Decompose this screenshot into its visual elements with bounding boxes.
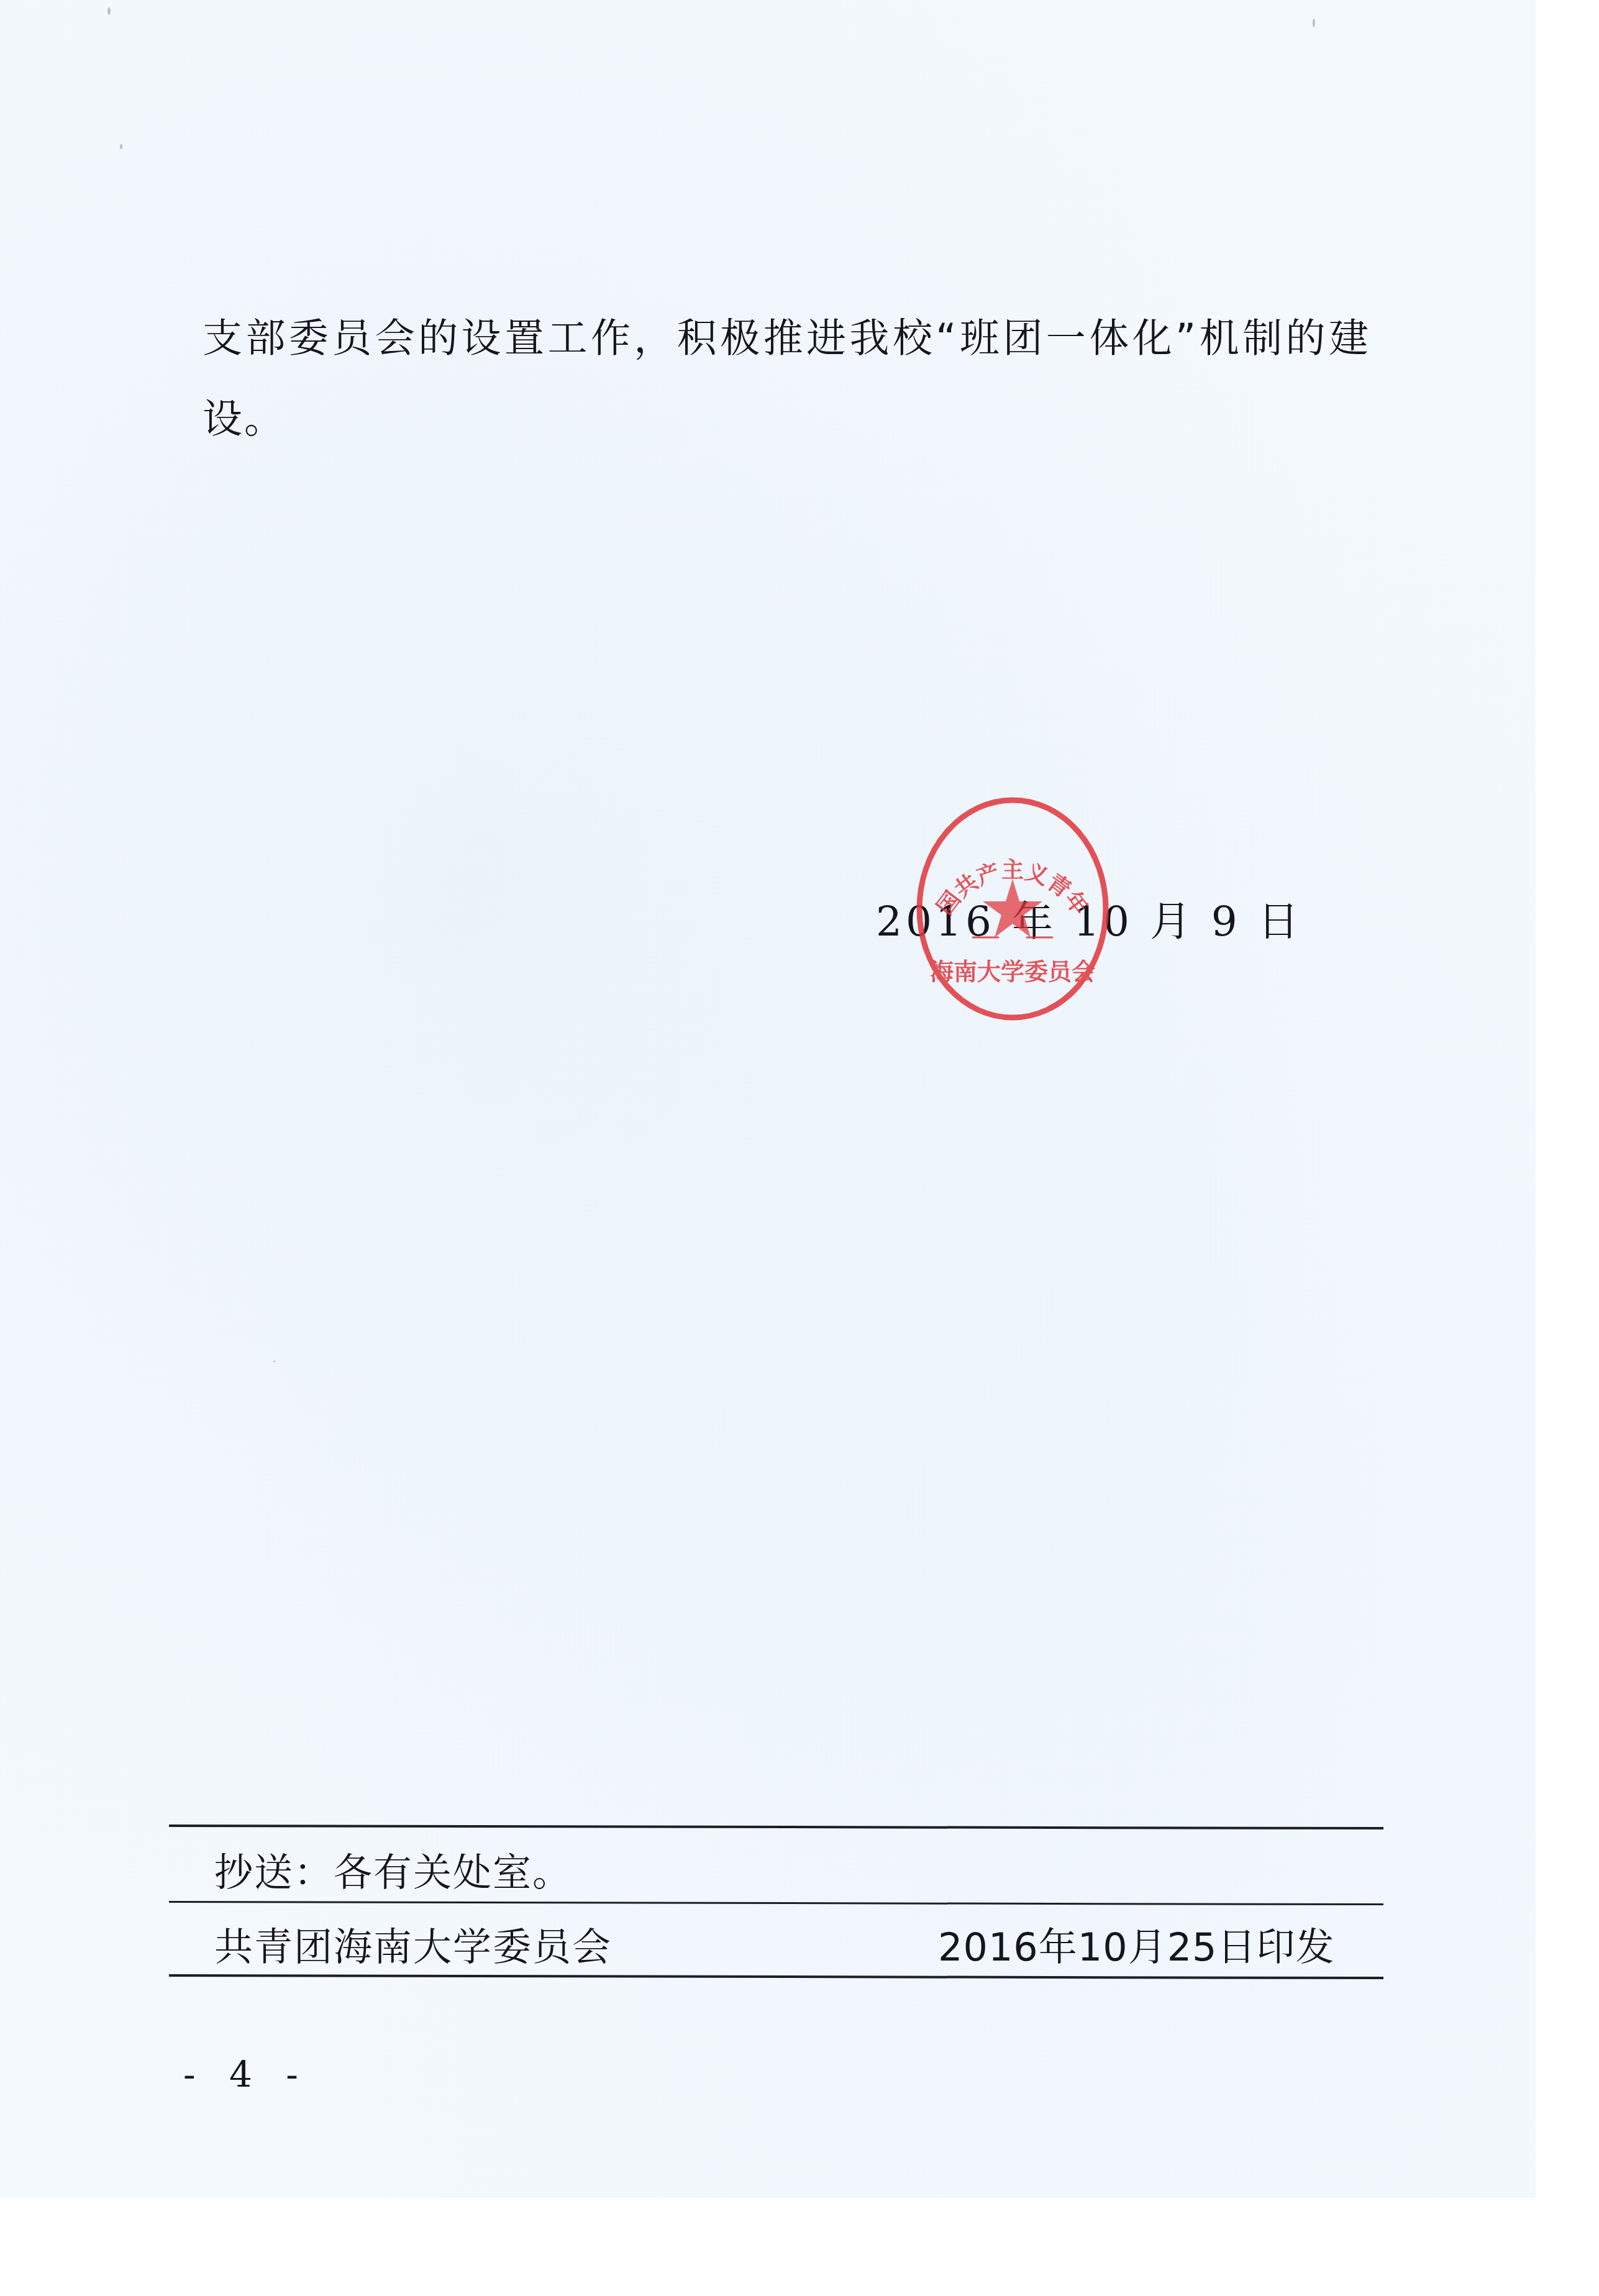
scan-speck — [107, 7, 111, 15]
page-number: - 4 - — [183, 2053, 309, 2095]
footer-rule-bottom — [169, 1974, 1383, 1979]
issuing-organization: 共青团海南大学委员会 — [214, 1916, 612, 1972]
seal-top-text: 中国共产主义青年团 — [913, 792, 1093, 920]
scan-speck — [1313, 19, 1315, 27]
scan-speck — [120, 144, 122, 149]
scanned-page: 支部委员会的设置工作，积极推进我校“班团一体化”机制的建设。 2016 年 10… — [0, 0, 1536, 2198]
footer-rule-top — [169, 1824, 1383, 1829]
cc-recipients: 抄送：各有关处室。 — [214, 1842, 572, 1897]
seal-bottom-text: 海南大学委员会 — [930, 958, 1095, 985]
footer-rule-middle — [169, 1901, 1383, 1905]
print-date: 2016年10月25日印发 — [938, 1916, 1335, 1972]
body-paragraph: 支部委员会的设置工作，积极推进我校“班团一体化”机制的建设。 — [203, 298, 1370, 460]
star-icon — [983, 879, 1042, 937]
scan-speck — [273, 1360, 275, 1362]
official-seal: 中国共产主义青年团 海南大学委员会 — [913, 792, 1112, 1022]
